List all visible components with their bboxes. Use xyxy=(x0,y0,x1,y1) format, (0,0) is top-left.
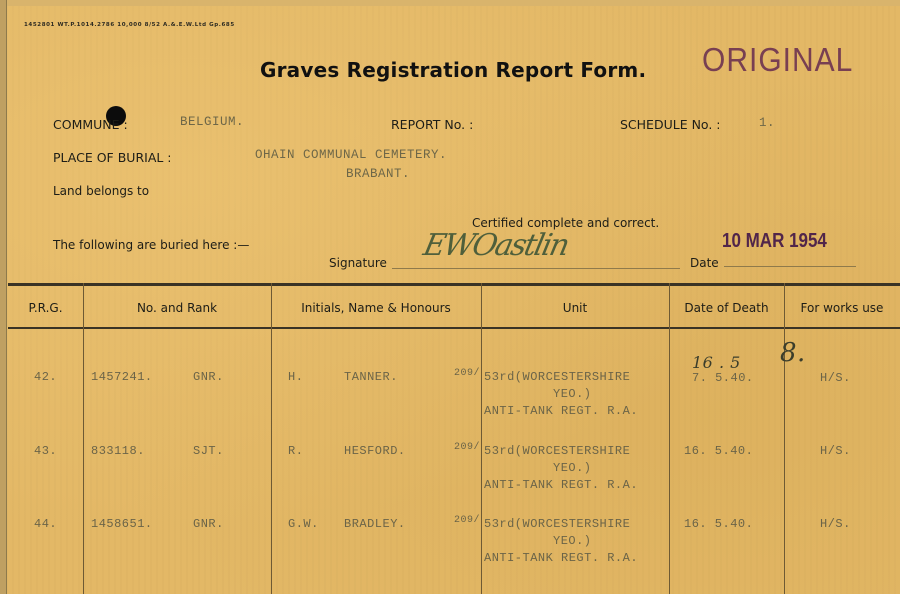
original-stamp: ORIGINAL xyxy=(702,42,853,79)
schedule-no-value: 1. xyxy=(759,116,775,130)
rank-cell: GNR. xyxy=(193,370,224,384)
buried-here-label: The following are buried here :— xyxy=(53,238,249,252)
paper-left-edge xyxy=(0,0,7,594)
place-of-burial-label: PLACE OF BURIAL : xyxy=(53,150,172,165)
column-divider xyxy=(784,283,785,594)
date-label: Date xyxy=(690,256,719,270)
initials-cell: H. xyxy=(288,370,303,384)
service-number-cell: 833118. xyxy=(91,444,145,458)
commune-value: BELGIUM. xyxy=(180,115,244,129)
header-no-rank: No. and Rank xyxy=(83,301,271,315)
works-use-cell: H/S. xyxy=(820,444,851,458)
unit-line3: ANTI-TANK REGT. R.A. xyxy=(484,548,638,568)
date-of-death-cell: 7. 5.40. xyxy=(692,371,754,385)
initials-cell: R. xyxy=(288,444,303,458)
form-title: Graves Registration Report Form. xyxy=(260,58,646,82)
report-no-label: REPORT No. : xyxy=(391,117,473,132)
header-unit: Unit xyxy=(481,301,669,315)
date-line xyxy=(724,266,856,267)
works-use-cell: H/S. xyxy=(820,517,851,531)
header-name: Initials, Name & Honours xyxy=(271,301,481,315)
date-of-death-cell: 16. 5.40. xyxy=(684,517,753,531)
print-code: 1452801 WT.P.1014.2786 10,000 8/52 A.&.E… xyxy=(24,22,235,28)
name-cell: HESFORD. xyxy=(344,444,406,458)
header-date-of-death: Date of Death xyxy=(669,301,784,315)
rank-cell: SJT. xyxy=(193,444,224,458)
signature: EWOastlin xyxy=(420,228,571,263)
place-of-burial-line1: OHAIN COMMUNAL CEMETERY. xyxy=(255,148,447,162)
unit-code-cell: 209/ xyxy=(454,442,480,453)
land-belongs-label: Land belongs to xyxy=(53,184,149,198)
prg-cell: 42. xyxy=(34,370,57,384)
table-header-rule xyxy=(8,327,900,329)
name-cell: BRADLEY. xyxy=(344,517,406,531)
initials-cell: G.W. xyxy=(288,517,319,531)
unit-line3: ANTI-TANK REGT. R.A. xyxy=(484,401,638,421)
service-number-cell: 1457241. xyxy=(91,370,153,384)
date-of-death-cell: 16. 5.40. xyxy=(684,444,753,458)
service-number-cell: 1458651. xyxy=(91,517,153,531)
works-use-cell: H/S. xyxy=(820,371,851,385)
unit-line3: ANTI-TANK REGT. R.A. xyxy=(484,475,638,495)
column-divider xyxy=(481,283,482,594)
works-use-handwritten: 8. xyxy=(780,338,806,368)
rank-cell: GNR. xyxy=(193,517,224,531)
place-of-burial-line2: BRABANT. xyxy=(346,167,410,181)
paper-top-edge xyxy=(0,0,900,6)
header-works-use: For works use xyxy=(784,301,900,315)
burials-table: P.R.G. No. and Rank Initials, Name & Hon… xyxy=(8,283,900,594)
signature-line xyxy=(392,268,680,269)
date-stamp: 10 MAR 1954 xyxy=(722,230,827,253)
schedule-no-label: SCHEDULE No. : xyxy=(620,117,721,132)
column-divider xyxy=(669,283,670,594)
unit-code-cell: 209/ xyxy=(454,368,480,379)
column-divider xyxy=(271,283,272,594)
prg-cell: 44. xyxy=(34,517,57,531)
table-top-rule xyxy=(8,283,900,286)
prg-cell: 43. xyxy=(34,444,57,458)
signature-label: Signature xyxy=(329,256,387,270)
unit-code-cell: 209/ xyxy=(454,515,480,526)
column-divider xyxy=(83,283,84,594)
header-prg: P.R.G. xyxy=(8,301,83,315)
name-cell: TANNER. xyxy=(344,370,398,384)
date-of-death-handwritten: 16 . 5 xyxy=(692,353,741,372)
commune-label: COMMUNE : xyxy=(53,117,128,132)
